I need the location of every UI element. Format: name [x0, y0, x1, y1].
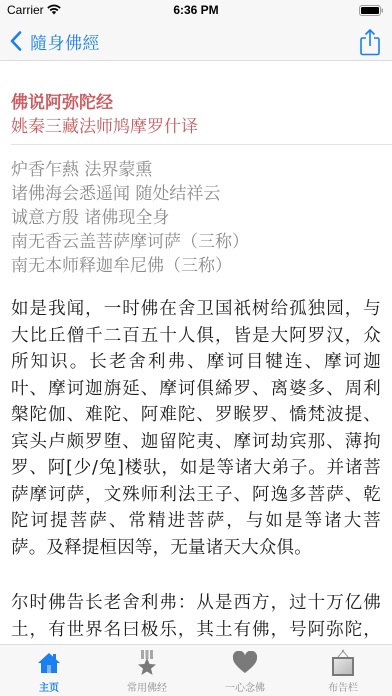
- verse-line: 诚意方殷 诸佛现全身: [11, 206, 249, 230]
- sutra-header: 佛说阿弥陀经 姚秦三藏法师鸠摩罗什译: [11, 92, 198, 139]
- battery-icon: [359, 5, 383, 16]
- verse-line: 诸佛海会悉遥闻 随处结祥云: [11, 182, 249, 206]
- chevron-left-icon: [10, 31, 22, 51]
- back-button-label: 隨身佛經: [30, 29, 100, 54]
- sutra-content[interactable]: 佛说阿弥陀经 姚秦三藏法师鸠摩罗什译 炉香乍爇 法界蒙熏 诸佛海会悉遥闻 随处结…: [0, 62, 392, 644]
- tab-label: 一心念佛: [225, 679, 265, 694]
- sutra-reader-screen: Carrier 6:36 PM 隨身佛經: [0, 0, 392, 696]
- incense-verse: 炉香乍爇 法界蒙熏 诸佛海会悉遥闻 随处结祥云 诚意方殷 诸佛现全身 南无香云盖…: [11, 158, 249, 278]
- clock: 6:36 PM: [0, 3, 392, 17]
- back-button[interactable]: 隨身佛經: [10, 28, 100, 54]
- share-button[interactable]: [359, 28, 381, 56]
- tab-bulletin-board[interactable]: 布告栏: [294, 645, 392, 696]
- sutra-paragraph: 如是我闻，一时佛在舍卫国祇树给孤独园，与大比丘僧千二百五十人俱，皆是大阿罗汉，众…: [11, 296, 381, 561]
- verse-line: 南无香云盖菩萨摩诃萨（三称）: [11, 230, 249, 254]
- status-bar: Carrier 6:36 PM: [0, 0, 392, 20]
- verse-line: 南无本师释迦牟尼佛（三称）: [11, 254, 249, 278]
- sutra-paragraph: 尔时佛告长老舍利弗：从是西方，过十万亿佛土，有世界名曰极乐，其土有佛，号阿弥陀，…: [11, 590, 381, 644]
- tab-bar: 主页 常用佛经 一心念佛: [0, 644, 392, 696]
- header-divider: [11, 144, 392, 145]
- share-icon: [359, 28, 381, 56]
- navigation-bar: 隨身佛經: [0, 20, 392, 61]
- verse-line: 炉香乍爇 法界蒙熏: [11, 158, 249, 182]
- tab-home[interactable]: 主页: [0, 645, 98, 696]
- tab-common-sutras[interactable]: 常用佛经: [98, 645, 196, 696]
- tab-label: 布告栏: [328, 679, 358, 694]
- tab-mindful-recitation[interactable]: 一心念佛: [196, 645, 294, 696]
- bulletin-board-icon: [329, 649, 357, 677]
- medal-star-icon: [133, 649, 161, 677]
- sutra-translator: 姚秦三藏法师鸠摩罗什译: [11, 115, 198, 139]
- heart-icon: [231, 649, 259, 677]
- tab-label: 主页: [39, 679, 59, 694]
- sutra-title: 佛说阿弥陀经: [11, 92, 198, 114]
- tab-label: 常用佛经: [127, 679, 167, 694]
- home-icon: [35, 649, 63, 677]
